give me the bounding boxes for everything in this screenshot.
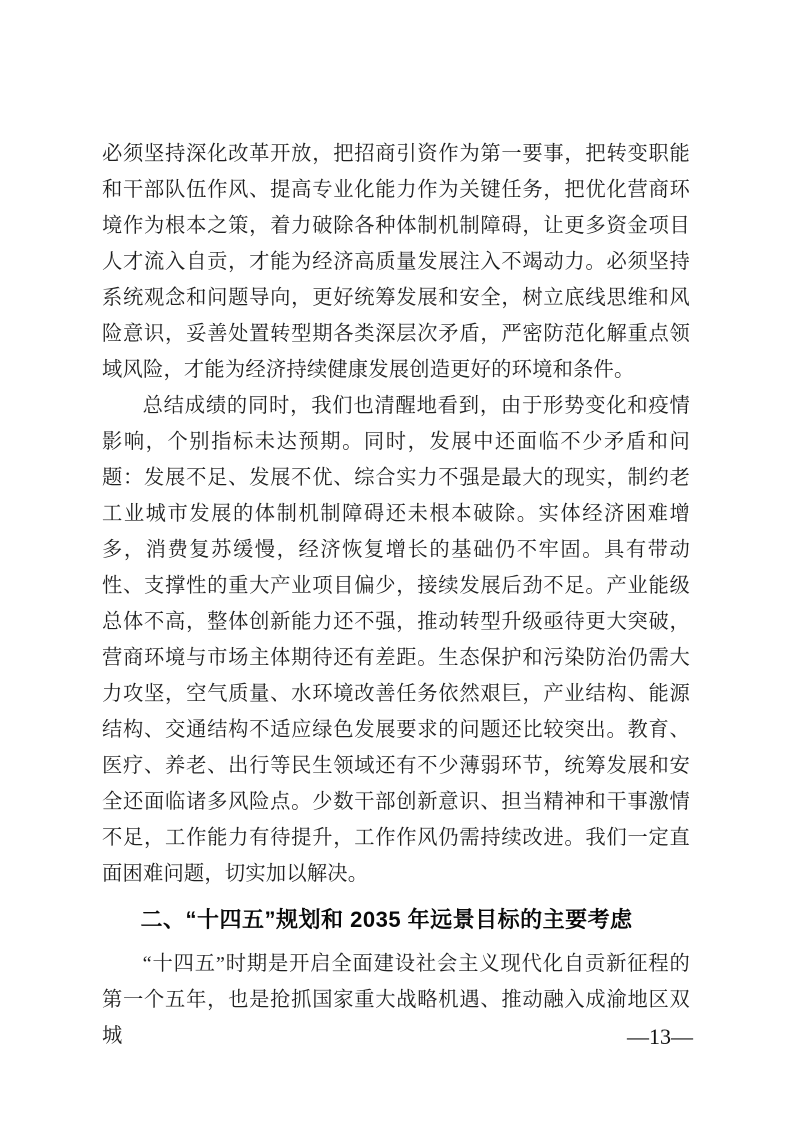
page-number: —13— xyxy=(627,1022,693,1052)
document-body: 必须坚持深化改革开放，把招商引资作为第一要事，把转变职能和干部队伍作风、提高专业… xyxy=(102,136,690,1054)
paragraph-problems-summary: 总结成绩的同时，我们也清醒地看到，由于形势变化和疫情影响，个别指标未达预期。同时… xyxy=(102,388,690,892)
paragraph-plan-period-intro: “十四五”时期是开启全面建设社会主义现代化自贡新征程的第一个五年，也是抢抓国家重… xyxy=(102,946,690,1054)
section-heading-fourteenth-five-year-plan: 二、“十四五”规划和 2035 年远景目标的主要考虑 xyxy=(102,900,690,940)
document-page: 必须坚持深化改革开放，把招商引资作为第一要事，把转变职能和干部队伍作风、提高专业… xyxy=(0,0,793,1122)
paragraph-reform-continuation: 必须坚持深化改革开放，把招商引资作为第一要事，把转变职能和干部队伍作风、提高专业… xyxy=(102,136,690,388)
